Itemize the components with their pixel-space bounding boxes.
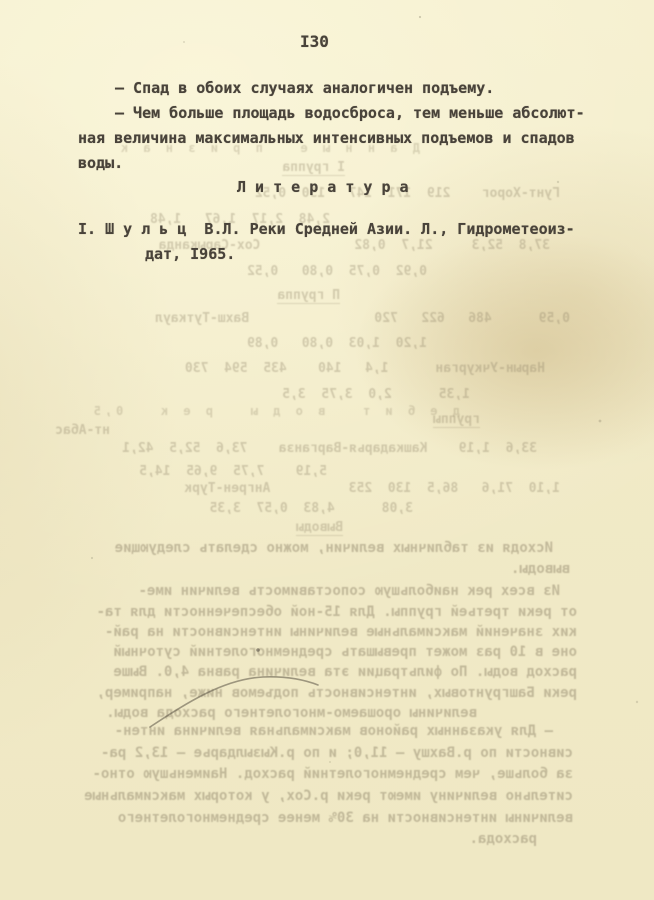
body-paragraph-2-line-2: ная величина максимальных интенсивных по…: [78, 126, 575, 151]
body-paragraph-2-line-3: воды.: [78, 151, 123, 176]
body-paragraph-1: – Спад в обоих случаях аналогичен подъем…: [115, 76, 494, 101]
scanned-book-page: { "page": { "number": "I30" }, "body": {…: [0, 0, 654, 900]
literature-reference-line-1: I. Ш у л ь ц В.Л. Реки Средней Азии. Л.,…: [78, 217, 575, 242]
body-paragraph-2-line-1: – Чем больше площадь водосброса, тем мен…: [115, 101, 585, 126]
page-number: I30: [300, 29, 329, 54]
literature-heading: Л и т е р а т у р а: [237, 175, 409, 200]
literature-reference-line-2: дат, I965.: [145, 242, 235, 267]
